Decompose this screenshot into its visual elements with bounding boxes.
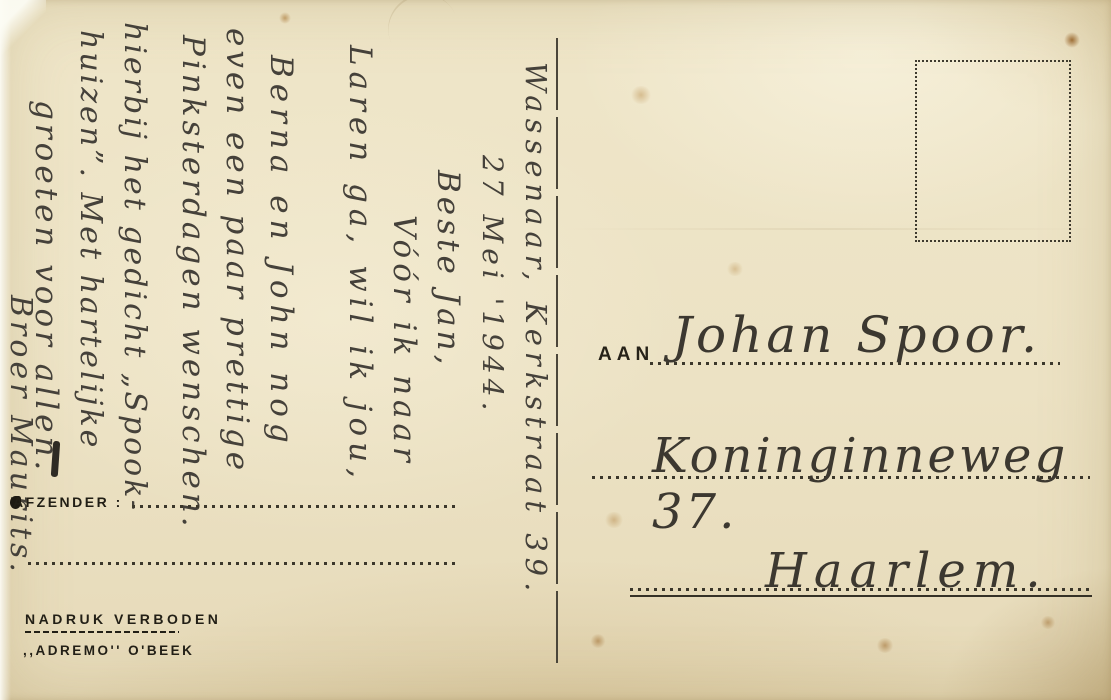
message-line: Beste Jan,	[426, 170, 470, 688]
message-line: Laren ga, wil ik jou,	[338, 45, 382, 688]
message-line: Vóór ik naar	[382, 215, 426, 688]
afzender-dotted-line-1	[132, 505, 456, 508]
signature: Broer Maurits.	[0, 295, 38, 576]
age-spot	[876, 638, 894, 653]
message-line: Broer Maurits.	[0, 295, 42, 688]
postcard-back: Wassenaar, Kerkstraat 39. 27 Mei '1944. …	[0, 0, 1111, 700]
imprint-line-1: NADRUK VERBODEN	[25, 611, 221, 627]
age-spot	[604, 512, 624, 528]
stamp-box	[915, 60, 1071, 242]
message-line: Wassenaar, Kerkstraat 39.	[514, 62, 558, 688]
recipient-city: Haarlem.	[765, 543, 1048, 599]
recipient-street: Koninginneweg 37.	[652, 428, 1111, 540]
afzender-label: AFZENDER :	[13, 494, 123, 510]
message-line: Berna en John nog	[259, 55, 303, 688]
age-spot	[1064, 32, 1080, 48]
message-line: 27 Mei '1944.	[470, 155, 514, 688]
imprint-line-2: ,,ADREMO'' O'BEEK	[23, 643, 194, 658]
imprint-underline	[25, 631, 179, 633]
age-spot	[726, 262, 744, 276]
message-line: hierbij het gedicht „Spook-	[112, 22, 156, 688]
center-divider-line	[556, 38, 558, 665]
recipient-name: Johan Spoor.	[672, 306, 1041, 364]
handwritten-message: Wassenaar, Kerkstraat 39. 27 Mei '1944. …	[2, 12, 558, 688]
message-line: even een paar prettige	[215, 28, 259, 688]
message-line: Pinksterdagen wenschen.	[171, 35, 215, 688]
afzender-dotted-line-2	[28, 562, 456, 565]
age-spot	[590, 634, 606, 648]
aan-label: AAN	[598, 344, 654, 366]
age-spot	[1040, 616, 1056, 629]
message-line: huizen”. Met hartelijke	[68, 30, 112, 688]
age-spot	[630, 86, 652, 104]
